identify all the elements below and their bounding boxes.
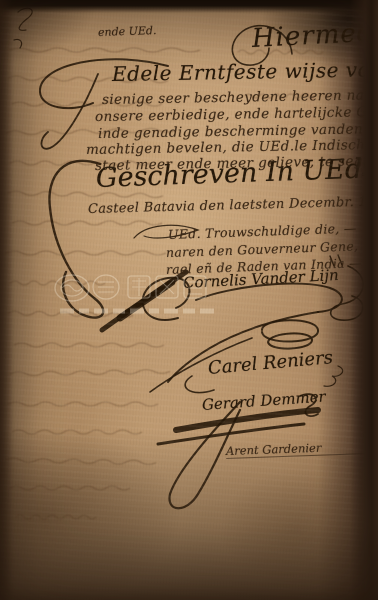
watermark — [52, 272, 262, 326]
signature-gerard-demmer: Gerard Demmer — [201, 387, 326, 414]
place-date-line: Casteel Batavia den laetsten Decembr. 16… — [88, 194, 378, 217]
corner-scribble — [14, 8, 32, 48]
salutation-line: Edele Erntfeste wijse voor, — [112, 57, 378, 86]
photo-top-edge — [0, 0, 378, 13]
watermark-logo — [52, 272, 262, 322]
signature-carel-reniers: Carel Reniers — [207, 347, 334, 379]
manuscript-photo: ende UEd. Hiermede Edele Erntfeste wijse… — [0, 0, 378, 600]
catchword: ende UEd. — [98, 24, 157, 39]
page-bottom-shadow — [0, 430, 378, 600]
